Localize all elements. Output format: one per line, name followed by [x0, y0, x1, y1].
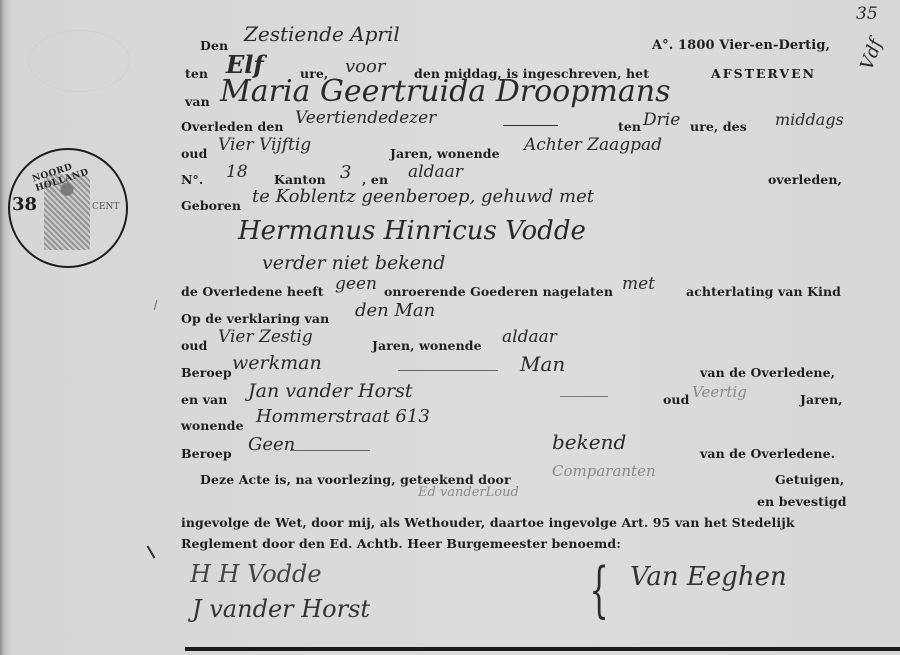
witness-residence-field: Hommerstraat 613	[256, 406, 430, 427]
occupation-field: werkman	[232, 352, 322, 374]
ink-mark	[154, 300, 158, 310]
label-jaren-wonende: Jaren, wonende	[390, 146, 500, 161]
label-goederen-nagelaten: onroerende Goederen nagelaten	[384, 284, 613, 299]
dash-line	[398, 370, 498, 371]
label-ten: ten	[185, 66, 208, 81]
signature-witness-2: J vander Horst	[192, 595, 370, 623]
label-wonende: wonende	[181, 418, 244, 433]
label-afsterven: AFSTERVEN	[711, 66, 816, 81]
label-van-de-overledene-2: van de Overledene.	[700, 446, 835, 461]
age-field: Vier Vijftig	[218, 135, 311, 155]
ink-mark-2	[147, 545, 156, 558]
declarant-age-field: Vier Zestig	[218, 327, 313, 347]
blank-line	[503, 125, 558, 126]
signature-witness-1: H H Vodde	[190, 560, 322, 588]
deceased-name-field: Maria Geertruida Droopmans	[220, 74, 670, 109]
label-van: van	[185, 94, 210, 109]
label-kanton: Kanton	[274, 172, 326, 187]
label-achterlating: achterlating van Kind	[686, 284, 841, 299]
margin-note: Vdf	[856, 36, 886, 72]
annotation-field: Ed vanderLoud	[418, 485, 519, 500]
label-no: N°.	[181, 172, 203, 187]
children-field: met	[622, 274, 655, 294]
label-beroep: Beroep	[181, 365, 232, 380]
canton-field: 3	[340, 162, 351, 183]
death-date-field: Veertiendedezer	[295, 108, 436, 128]
stamp-value: 38	[12, 194, 37, 215]
label-oud: oud	[181, 146, 207, 161]
label-ten-2: ten	[618, 119, 641, 134]
death-place-field: aldaar	[408, 162, 463, 182]
time-of-day-field: middags	[775, 110, 844, 129]
label-en-van: en van	[181, 392, 227, 407]
bottom-rule	[185, 647, 900, 651]
relation-field: Man	[520, 352, 565, 376]
signature-official: Van Eeghen	[630, 562, 787, 592]
label-geboren: Geboren	[181, 198, 241, 213]
brace-icon: {	[590, 555, 609, 625]
label-overledene-heeft: de Overledene heeft	[181, 284, 324, 299]
year-text: A°. 1800 Vier-en-Dertig,	[652, 38, 830, 53]
label-overleden-den: Overleden den	[181, 119, 284, 134]
label-en: , en	[362, 172, 388, 187]
spouse-name-field: Hermanus Hinricus Vodde	[238, 216, 586, 246]
label-oud-3: oud	[663, 392, 689, 407]
label-jaren-2: Jaren,	[800, 392, 843, 407]
page-number: 35	[856, 4, 878, 24]
label-den: Den	[200, 38, 228, 53]
bleed-through-left	[28, 30, 130, 92]
label-getuigen: Getuigen,	[775, 472, 844, 487]
witness-age-field: Veertig	[692, 383, 747, 401]
witness-relation-field: bekend	[552, 430, 626, 454]
label-ingevolge: ingevolge de Wet, door mij, als Wethoude…	[181, 515, 795, 530]
dash-line-3	[290, 450, 370, 451]
label-oud-2: oud	[181, 338, 207, 353]
additional-info-field: verder niet bekend	[262, 252, 445, 274]
stamp-suffix: CENT	[92, 202, 119, 212]
house-number-field: 18	[226, 162, 248, 182]
declarant-residence-field: aldaar	[502, 327, 557, 347]
property-field: geen	[335, 274, 377, 294]
residence-field: Achter Zaagpad	[524, 135, 662, 155]
death-hour-field: Drie	[643, 110, 680, 130]
declarant-field: den Man	[355, 300, 435, 321]
witness-occupation-field: Geen	[248, 434, 295, 455]
label-bevestigd: en bevestigd	[757, 494, 847, 509]
tax-stamp: NOORD HOLLAND 38 CENT	[8, 148, 128, 268]
register-page: 35 Vdf NOORD HOLLAND 38 CENT Den Zestien…	[0, 0, 900, 655]
label-jaren-wonende-2: Jaren, wonende	[372, 338, 482, 353]
witness-name-field: Jan vander Horst	[248, 380, 413, 402]
label-overleden: overleden,	[768, 172, 842, 187]
label-ure-des: ure, des	[690, 119, 747, 134]
signed-by-field: Comparanten	[552, 462, 656, 480]
label-beroep-2: Beroep	[181, 446, 232, 461]
label-van-de-overledene: van de Overledene,	[700, 365, 835, 380]
label-op-de-verklaring: Op de verklaring van	[181, 311, 329, 326]
dash-line-2	[560, 396, 608, 397]
day-month-field: Zestiende April	[244, 22, 400, 46]
birthplace-field: te Koblentz geenberoep, gehuwd met	[252, 186, 594, 207]
label-reglement: Reglement door den Ed. Achtb. Heer Burge…	[181, 536, 621, 551]
